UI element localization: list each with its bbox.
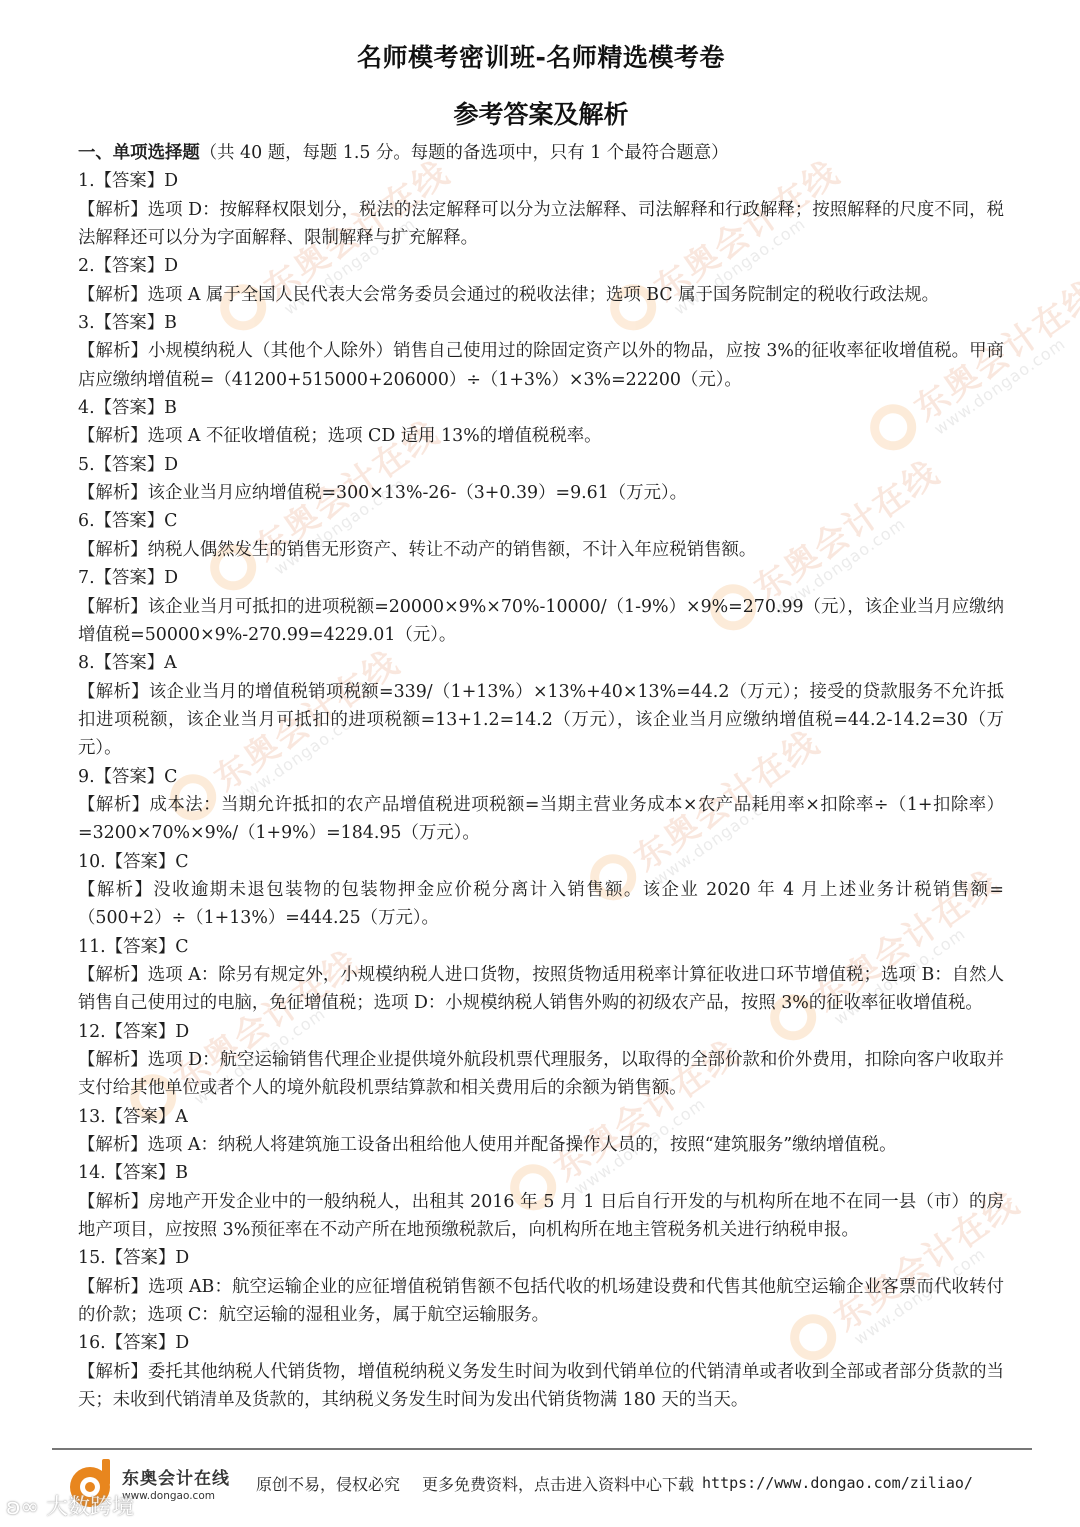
answer-line: 12.【答案】D bbox=[78, 1018, 1004, 1046]
answer-line: 11.【答案】C bbox=[78, 933, 1004, 961]
kuajing-logo-icon: ʚ∞ bbox=[6, 1495, 46, 1520]
section-note: （共 40 题，每题 1.5 分。每题的备选项中，只有 1 个最符合题意） bbox=[200, 143, 729, 163]
footer-divider bbox=[52, 1448, 1032, 1450]
explanation: 【解析】房地产开发企业中的一般纳税人，出租其 2016 年 5 月 1 日后自行… bbox=[78, 1188, 1004, 1245]
answer-line: 6.【答案】C bbox=[78, 507, 1004, 535]
explanation: 【解析】选项 A 不征收增值税；选项 CD 适用 13%的增值税税率。 bbox=[78, 422, 1004, 450]
answer-line: 16.【答案】D bbox=[78, 1329, 1004, 1357]
answer-list: 一、单项选择题（共 40 题，每题 1.5 分。每题的备选项中，只有 1 个最符… bbox=[78, 139, 1004, 1414]
answer-line: 8.【答案】A bbox=[78, 649, 1004, 677]
answer-value: D bbox=[175, 1022, 189, 1042]
explanation: 【解析】选项 A：纳税人将建筑施工设备出租给他人使用并配备操作人员的，按照“建筑… bbox=[78, 1131, 1004, 1159]
explanation: 【解析】没收逾期未退包装物的包装物押金应价税分离计入销售额。该企业 2020 年… bbox=[78, 876, 1004, 933]
document-title: 名师模考密训班-名师精选模考卷 bbox=[78, 38, 1004, 74]
answer-value: D bbox=[164, 256, 178, 276]
answer-line: 1.【答案】D bbox=[78, 167, 1004, 195]
explanation: 【解析】选项 A：除另有规定外，小规模纳税人进口货物，按照货物适用税率计算征收进… bbox=[78, 961, 1004, 1018]
answer-line: 10.【答案】C bbox=[78, 848, 1004, 876]
explanation: 【解析】纳税人偶然发生的销售无形资产、转让不动产的销售额，不计入年应税销售额。 bbox=[78, 536, 1004, 564]
explanation: 【解析】该企业当月可抵扣的进项税额=20000×9%×70%-10000/（1-… bbox=[78, 593, 1004, 650]
explanation: 【解析】该企业当月应纳增值税=300×13%-26-（3+0.39）=9.61（… bbox=[78, 479, 1004, 507]
answer-line: 7.【答案】D bbox=[78, 564, 1004, 592]
explanation: 【解析】选项 A 属于全国人民代表大会常务委员会通过的税收法律；选项 BC 属于… bbox=[78, 281, 1004, 309]
answer-value: C bbox=[164, 511, 177, 531]
answer-line: 14.【答案】B bbox=[78, 1159, 1004, 1187]
answer-value: B bbox=[164, 313, 177, 333]
explanation: 【解析】委托其他纳税人代销货物，增值税纳税义务发生时间为收到代销单位的代销清单或… bbox=[78, 1358, 1004, 1415]
answer-value: B bbox=[164, 398, 177, 418]
answer-value: C bbox=[175, 937, 188, 957]
answer-value: D bbox=[164, 455, 178, 475]
footer-slogan: 原创不易，侵权必究 bbox=[256, 1472, 400, 1495]
answer-value: C bbox=[164, 767, 177, 787]
document-subtitle: 参考答案及解析 bbox=[78, 95, 1004, 131]
answer-line: 2.【答案】D bbox=[78, 252, 1004, 280]
explanation: 【解析】选项 D：按解释权限划分，税法的法定解释可以分为立法解释、司法解释和行政… bbox=[78, 196, 1004, 253]
answer-value: D bbox=[175, 1248, 189, 1268]
answer-line: 4.【答案】B bbox=[78, 394, 1004, 422]
answer-value: D bbox=[164, 568, 178, 588]
footer-resource-link[interactable]: https://www.dongao.com/ziliao/ bbox=[702, 1474, 973, 1492]
answer-value: B bbox=[175, 1163, 188, 1183]
answer-value: A bbox=[164, 653, 177, 673]
section-heading: 一、单项选择题（共 40 题，每题 1.5 分。每题的备选项中，只有 1 个最符… bbox=[78, 139, 1004, 167]
answer-line: 5.【答案】D bbox=[78, 451, 1004, 479]
explanation: 【解析】选项 D：航空运输销售代理企业提供境外航段机票代理服务，以取得的全部价款… bbox=[78, 1046, 1004, 1103]
footer-logo: 东奥会计在线 www.dongao.com bbox=[122, 1464, 230, 1502]
answer-line: 15.【答案】D bbox=[78, 1244, 1004, 1272]
explanation: 【解析】成本法：当期允许抵扣的农产品增值税进项税额=当期主营业务成本×农产品耗用… bbox=[78, 791, 1004, 848]
answer-value: A bbox=[175, 1107, 188, 1127]
answer-line: 3.【答案】B bbox=[78, 309, 1004, 337]
footer-more-resources: 更多免费资料，点击进入资料中心下载 bbox=[422, 1472, 694, 1495]
explanation: 【解析】该企业当月的增值税销项税额=339/（1+13%）×13%+40×13%… bbox=[78, 678, 1004, 763]
answer-value: C bbox=[175, 852, 188, 872]
source-watermark: ʚ∞ 大数跨境 bbox=[6, 1490, 134, 1521]
explanation: 【解析】选项 AB：航空运输企业的应征增值税销售额不包括代收的机场建设费和代售其… bbox=[78, 1273, 1004, 1330]
explanation: 【解析】小规模纳税人（其他个人除外）销售自己使用过的除固定资产以外的物品，应按 … bbox=[78, 337, 1004, 394]
answer-value: D bbox=[164, 171, 178, 191]
section-label: 一、单项选择题 bbox=[78, 143, 200, 163]
page-footer: 东奥会计在线 www.dongao.com 原创不易，侵权必究 更多免费资料，点… bbox=[66, 1458, 973, 1508]
answer-line: 13.【答案】A bbox=[78, 1103, 1004, 1131]
answer-line: 9.【答案】C bbox=[78, 763, 1004, 791]
answer-value: D bbox=[175, 1333, 189, 1353]
